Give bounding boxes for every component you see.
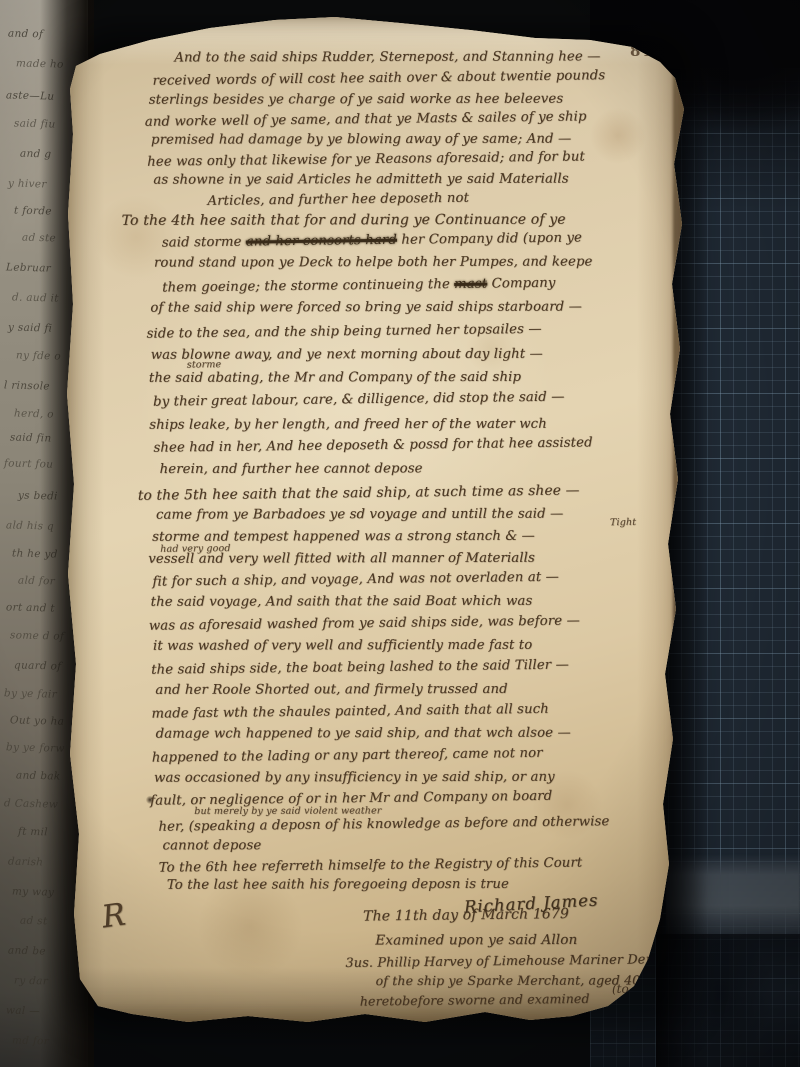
manuscript-line: herein, and further hee cannot depose: [160, 461, 423, 477]
facing-page-fragment: darish: [8, 856, 44, 869]
manuscript-line: said storme and her consorts hard her Co…: [162, 230, 582, 250]
manuscript-line: happened to the lading or any part there…: [152, 746, 543, 766]
manuscript-line: the said voyage, And saith that the said…: [151, 594, 533, 610]
interlinear-insertion: but merely by ye said violent weather: [194, 805, 381, 816]
manuscript-line: Examined upon ye said Allon: [375, 932, 577, 949]
manuscript-page: 81 And to the said ships Rudder, Sternep…: [60, 14, 694, 1028]
manuscript-line: vessell and very well fitted with all ma…: [148, 551, 535, 567]
interlinear-insertion: Tight: [610, 517, 636, 528]
manuscript-line: them goeinge; the storme continueing the…: [162, 276, 555, 296]
margin-mark: R: [100, 897, 128, 936]
manuscript-line: sterlings besides ye charge of ye said w…: [149, 92, 564, 108]
manuscript-line: was occasioned by any insufficiency in y…: [154, 770, 555, 786]
manuscript-line: To the 4th hee saith that for and during…: [122, 212, 566, 229]
manuscript-photo: and ofmade hoaste—Lusaid fiuand gy hiver…: [0, 0, 800, 1067]
manuscript-line: shee had in her, And hee deposeth & poss…: [153, 435, 592, 455]
facing-page-fragment: and of: [8, 28, 43, 41]
manuscript-line: premised had damage by ye blowing away o…: [151, 132, 571, 148]
manuscript-line: was as aforesaid washed from ye said shi…: [149, 613, 580, 633]
manuscript-line: by their great labour, care, & dilligenc…: [153, 390, 565, 410]
facing-page-fragment: wal —: [6, 1005, 40, 1018]
manuscript-line: fit for such a ship, and voyage, And was…: [152, 570, 559, 590]
manuscript-line: her, (speaking a deposn of his knowledge…: [158, 814, 609, 835]
manuscript-lines: And to the said ships Rudder, Sternepost…: [56, 12, 698, 1031]
manuscript-line: To the 6th hee referreth himselfe to the…: [159, 855, 583, 875]
manuscript-line: as showne in ye said Articles he admitte…: [153, 172, 568, 188]
manuscript-line: 3us. Phillip Harvey of Limehouse Mariner…: [345, 952, 691, 971]
manuscript-line: hee was only that likewise for ye Reason…: [147, 149, 585, 169]
manuscript-line: heretobefore sworne and examined: [360, 991, 590, 1009]
manuscript-line: to the 5th hee saith that the said ship,…: [138, 482, 580, 503]
manuscript-line: the said abating, the Mr and Company of …: [149, 370, 521, 386]
manuscript-line: received words of will cost hee saith ov…: [152, 68, 605, 89]
manuscript-line: and worke well of ye same, and that ye M…: [145, 109, 587, 129]
manuscript-line: and her Roole Shorted out, and firmely t…: [155, 682, 507, 698]
manuscript-line: round stand upon ye Deck to helpe both h…: [154, 254, 593, 270]
manuscript-line: of the said ship were forced so bring ye…: [150, 300, 582, 316]
interlinear-insertion: storme: [187, 359, 222, 370]
manuscript-line: And to the said ships Rudder, Sternepost…: [174, 49, 600, 65]
manuscript-line: cannot depose: [163, 838, 262, 853]
manuscript-line: side to the sea, and the ship being turn…: [146, 322, 541, 342]
manuscript-line: Articles, and further hee deposeth not: [207, 191, 469, 209]
manuscript-line: made fast wth the shaules painted, And s…: [151, 702, 549, 722]
manuscript-line: ships leake, by her length, and freed he…: [149, 417, 547, 433]
manuscript-line: To the last hee saith his foregoeing dep…: [167, 877, 509, 893]
manuscript-line: came from ye Barbadoes ye sd voyage and …: [156, 507, 563, 523]
manuscript-line: the said ships side, the boat being lash…: [151, 658, 569, 678]
manuscript-line: it was washed of very well and sufficien…: [153, 638, 532, 654]
manuscript-line: damage wch happened to ye said ship, and…: [156, 726, 571, 742]
